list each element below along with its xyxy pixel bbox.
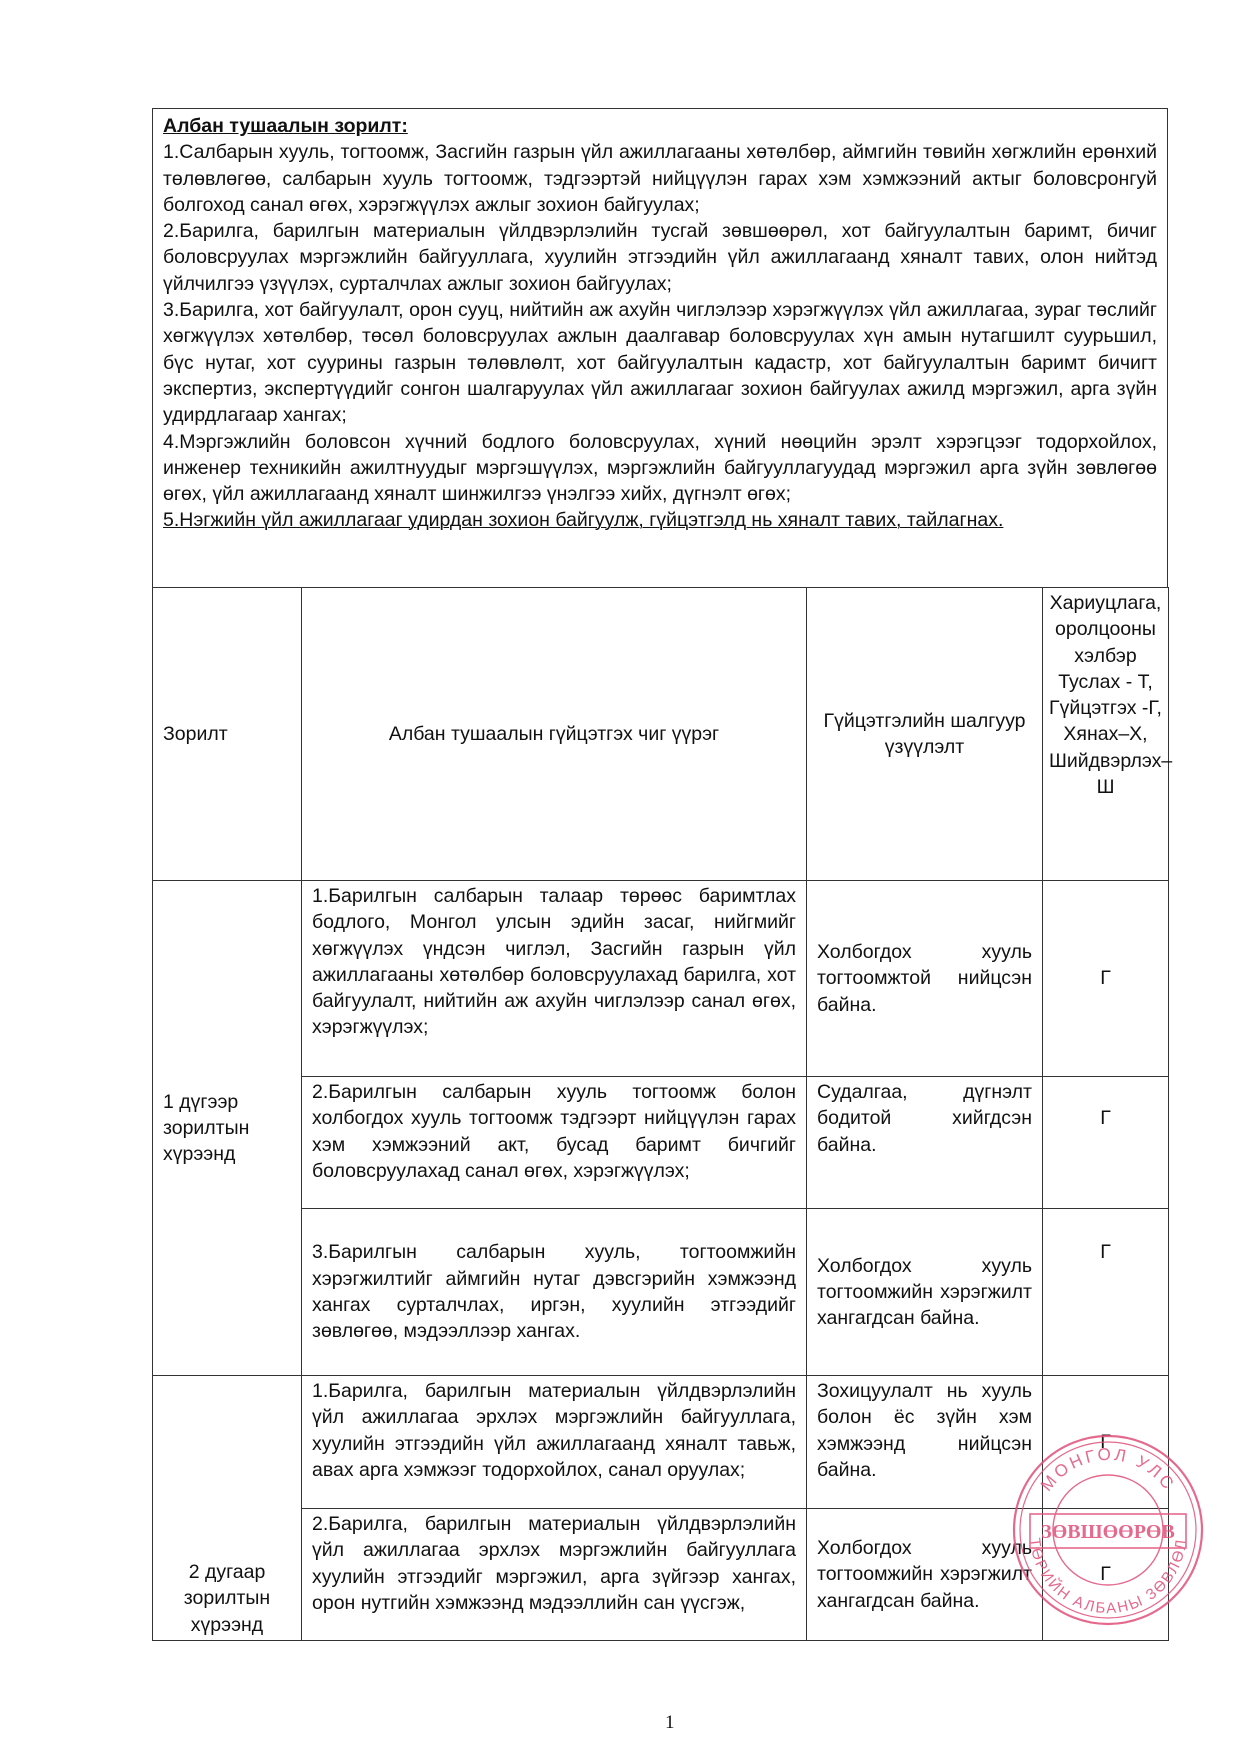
table-row: 3.Барилгын салбарын хууль, тогтоомжийн х…	[153, 1209, 1169, 1376]
criteria-cell: Холбогдох хууль тогтоомжтой нийцсэн байн…	[807, 881, 1043, 1077]
header-criteria: Гүйцэтгэлийн шалгуур үзүүлэлт	[807, 588, 1043, 881]
duty-cell: 3.Барилгын салбарын хууль, тогтоомжийн х…	[302, 1209, 807, 1376]
mark-cell: Г	[1043, 1376, 1169, 1509]
table-row: 1 дүгээр зорилтын хүрээнд 1.Барилгын сал…	[153, 881, 1169, 1077]
table-header-row: Зорилт Албан тушаалын гүйцэтгэх чиг үүрэ…	[153, 588, 1169, 881]
criteria-cell: Судалгаа, дүгнэлт бодитой хийгдсэн байна…	[807, 1077, 1043, 1209]
table-row: 2 дугаар зорилтын хүрээнд 1.Барилга, бар…	[153, 1376, 1169, 1509]
mark-cell: Г	[1043, 881, 1169, 1077]
duties-table: Зорилт Албан тушаалын гүйцэтгэх чиг үүрэ…	[152, 587, 1169, 1641]
header-goal: Зорилт	[153, 588, 302, 881]
mark-cell: Г	[1043, 1077, 1169, 1209]
objectives-title: Албан тушаалын зорилт:	[163, 113, 1157, 139]
objectives-section: Албан тушаалын зорилт: 1.Салбарын хууль,…	[152, 108, 1168, 587]
page-number: 1	[665, 1712, 675, 1734]
goal-cell: 1 дүгээр зорилтын хүрээнд	[153, 881, 302, 1376]
duty-cell: 1.Барилгын салбарын талаар төрөөс баримт…	[302, 881, 807, 1077]
document-page: Албан тушаалын зорилт: 1.Салбарын хууль,…	[0, 0, 1240, 1753]
criteria-cell: Зохицуулалт нь хууль болон ёс зүйн хэм х…	[807, 1376, 1043, 1509]
duty-cell: 1.Барилга, барилгын материалын үйлдвэрлэ…	[302, 1376, 807, 1509]
header-responsibility: Хариуцлага, оролцооны хэлбэр Туслах - Т,…	[1043, 588, 1169, 881]
mark-cell: Г	[1043, 1509, 1169, 1641]
goal-cell: 2 дугаар зорилтын хүрээнд	[153, 1376, 302, 1641]
objective-item: 4.Мэргэжлийн боловсон хүчний бодлого бол…	[163, 429, 1157, 508]
objective-item: 5.Нэгжийн үйл ажиллагааг удирдан зохион …	[163, 507, 1157, 533]
duty-cell: 2.Барилга, барилгын материалын үйлдвэрлэ…	[302, 1509, 807, 1641]
mark-cell: Г	[1043, 1209, 1169, 1376]
header-duty: Албан тушаалын гүйцэтгэх чиг үүрэг	[302, 588, 807, 881]
table-row: 2.Барилгын салбарын хууль тогтоомж болон…	[153, 1077, 1169, 1209]
objective-item: 3.Барилга, хот байгуулалт, орон сууц, ни…	[163, 297, 1157, 428]
criteria-cell: Холбогдох хууль тогтоомжийн хэрэгжилт ха…	[807, 1509, 1043, 1641]
table-row: 2.Барилга, барилгын материалын үйлдвэрлэ…	[153, 1509, 1169, 1641]
objective-item: 1.Салбарын хууль, тогтоомж, Засгийн газр…	[163, 139, 1157, 218]
objective-item: 2.Барилга, барилгын материалын үйлдвэрлэ…	[163, 218, 1157, 297]
duty-cell: 2.Барилгын салбарын хууль тогтоомж болон…	[302, 1077, 807, 1209]
criteria-cell: Холбогдох хууль тогтоомжийн хэрэгжилт ха…	[807, 1209, 1043, 1376]
